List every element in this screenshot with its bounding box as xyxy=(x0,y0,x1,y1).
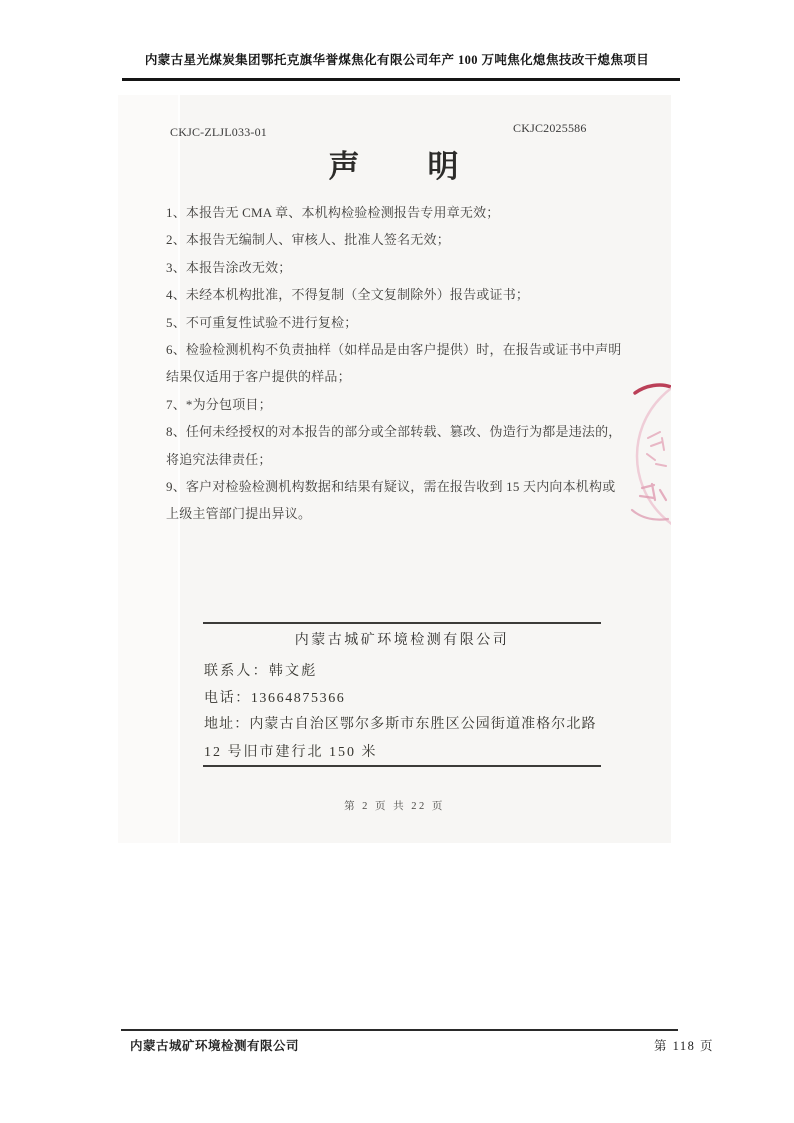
pdf-page: { "header": { "project_title": "内蒙古星光煤炭集… xyxy=(0,0,794,1123)
address-label: 地址： xyxy=(204,717,249,732)
address-text: 内蒙古自治区鄂尔多斯市东胜区公园街道准格尔北路 xyxy=(249,717,596,732)
scan-page-indicator: 第 2 页 共 22 页 xyxy=(118,798,671,813)
statement-title: 声 明 xyxy=(118,141,671,186)
statement-line: 4、未经本机构批准，不得复制（全文复制除外）报告或证书； xyxy=(166,281,644,308)
footer-company-name: 内蒙古城矿环境检测有限公司 xyxy=(130,1036,299,1054)
statement-line: 结果仅适用于客户提供的样品； xyxy=(166,363,644,390)
statement-list: 1、本报告无 CMA 章、本机构检验检测报告专用章无效；2、本报告无编制人、审核… xyxy=(166,199,644,528)
official-seal-icon xyxy=(618,380,671,528)
phone-label: 电话： xyxy=(204,691,251,706)
statement-line: 3、本报告涂改无效； xyxy=(166,254,644,281)
phone-number: 13664875366 xyxy=(251,691,346,706)
statement-line: 2、本报告无编制人、审核人、批准人签名无效； xyxy=(166,226,644,253)
statement-line: 上级主管部门提出异议。 xyxy=(166,500,644,527)
company-rule-bottom xyxy=(203,765,601,767)
footer-rule xyxy=(121,1029,678,1031)
company-rule-top xyxy=(203,622,601,624)
report-header-title: 内蒙古星光煤炭集团鄂托克旗华誉煤焦化有限公司年产 100 万吨焦化熄焦技改干熄焦… xyxy=(60,50,734,68)
statement-line: 7、*为分包项目； xyxy=(166,391,644,418)
statement-line: 将追究法律责任； xyxy=(166,446,644,473)
statement-line: 8、任何未经授权的对本报告的部分或全部转载、篡改、伪造行为都是违法的， xyxy=(166,418,644,445)
phone-line: 电话：13664875366 xyxy=(204,687,345,707)
document-code-left: CKJC-ZLJL033-01 xyxy=(170,125,267,140)
document-code-right: CKJC2025586 xyxy=(513,121,587,136)
contact-name: 韩文彪 xyxy=(269,664,318,679)
statement-line: 9、客户对检验检测机构数据和结果有疑议，需在报告收到 15 天内向本机构或 xyxy=(166,473,644,500)
address-line-1: 地址：内蒙古自治区鄂尔多斯市东胜区公园街道准格尔北路 xyxy=(204,713,597,733)
statement-line: 1、本报告无 CMA 章、本机构检验检测报告专用章无效； xyxy=(166,199,644,226)
footer-page-label: 第 118 页 xyxy=(654,1036,714,1054)
statement-line: 5、不可重复性试验不进行复检； xyxy=(166,309,644,336)
contact-label: 联系人： xyxy=(204,664,269,679)
company-name: 内蒙古城矿环境检测有限公司 xyxy=(203,629,601,649)
statement-line: 6、检验检测机构不负责抽样（如样品是由客户提供）时，在报告或证书中声明 xyxy=(166,336,644,363)
scanned-statement-page: CKJC-ZLJL033-01 CKJC2025586 声 明 1、本报告无 C… xyxy=(118,95,671,843)
header-rule xyxy=(122,78,680,81)
contact-line: 联系人：韩文彪 xyxy=(204,660,317,680)
address-line-2: 12 号旧市建行北 150 米 xyxy=(204,741,378,761)
